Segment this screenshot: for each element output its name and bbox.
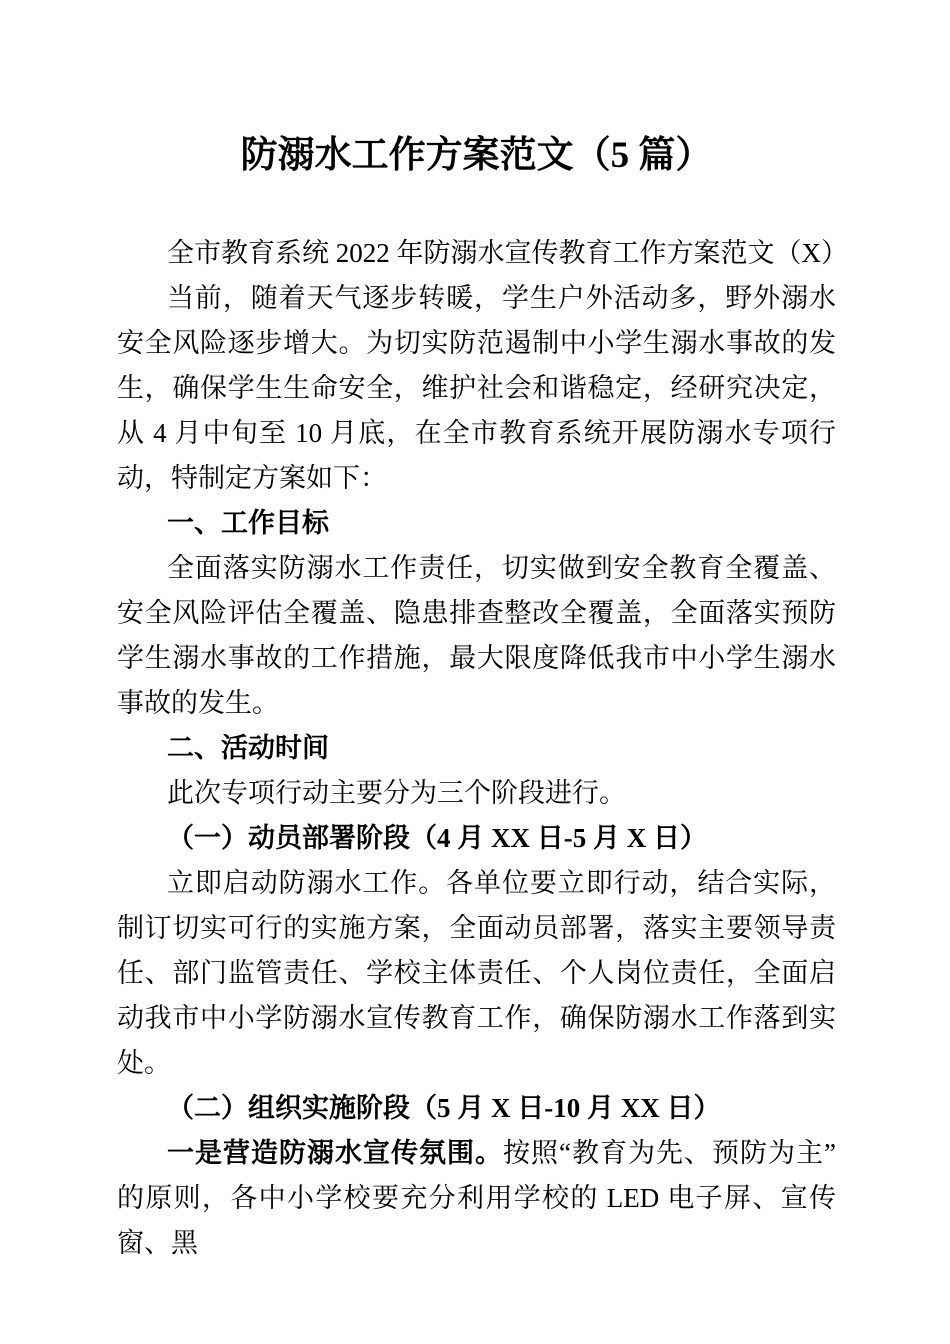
stage-2-lead: 一是营造防溺水宣传氛围。	[167, 1138, 503, 1168]
stage-2-heading: （二）组织实施阶段（5 月 X 日-10 月 XX 日）	[117, 1086, 836, 1131]
section-1-heading: 一、工作目标	[117, 501, 836, 546]
stage-2-paragraph: 一是营造防溺水宣传氛围。按照“教育为先、预防为主”的原则，各中小学校要充分利用学…	[117, 1131, 836, 1266]
intro-paragraph: 当前，随着天气逐步转暖，学生户外活动多，野外溺水安全风险逐步增大。为切实防范遏制…	[117, 276, 836, 501]
document-title: 防溺水工作方案范文（5 篇）	[117, 130, 836, 182]
section-1-body: 全面落实防溺水工作责任，切实做到安全教育全覆盖、安全风险评估全覆盖、隐患排查整改…	[117, 546, 836, 726]
intro-line: 全市教育系统 2022 年防溺水宣传教育工作方案范文（X）	[117, 231, 836, 276]
document-page: 防溺水工作方案范文（5 篇） 全市教育系统 2022 年防溺水宣传教育工作方案范…	[0, 0, 950, 1344]
stage-1-body: 立即启动防溺水工作。各单位要立即行动，结合实际，制订切实可行的实施方案，全面动员…	[117, 861, 836, 1086]
section-2-overview: 此次专项行动主要分为三个阶段进行。	[117, 771, 836, 816]
section-2-heading: 二、活动时间	[117, 726, 836, 771]
stage-1-heading: （一）动员部署阶段（4 月 XX 日-5 月 X 日）	[117, 816, 836, 861]
